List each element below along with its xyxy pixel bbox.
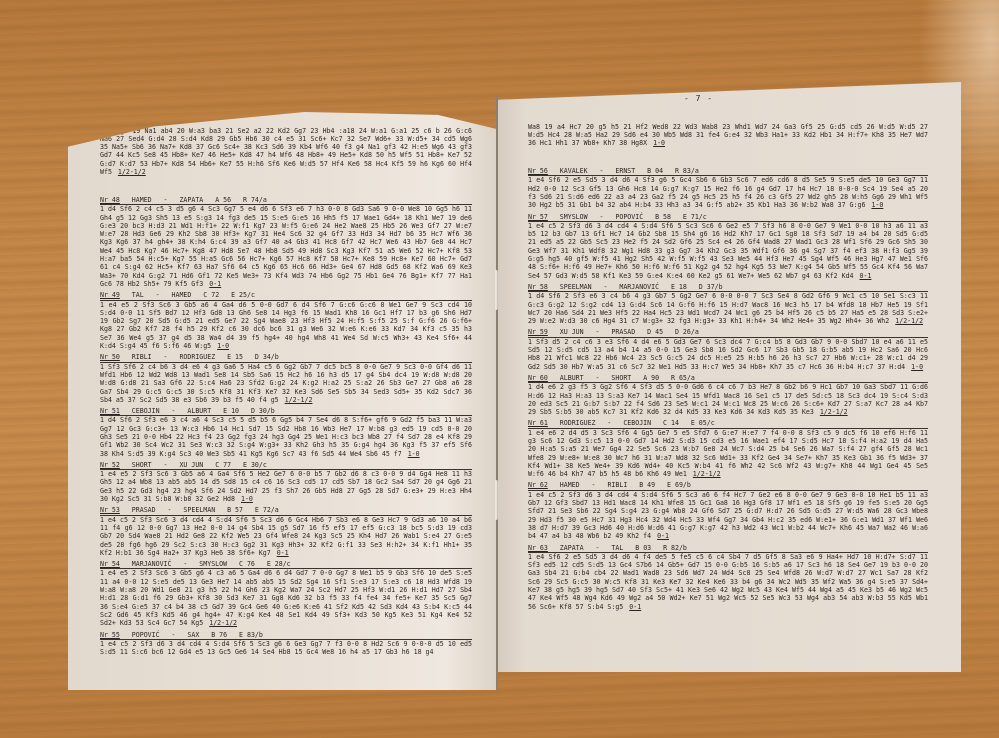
black-player: ALBURT — [187, 407, 211, 415]
black-player: SPEELMAN — [183, 506, 215, 514]
game-result: 0-1 — [209, 280, 221, 288]
game-entry: Nr 63 ZAPATA - TAL B 03 R 82/b1 e4 Sf6 2… — [528, 544, 928, 611]
game-header: Nr 59 XU JUN - PRASAD D 45 D 26/a — [528, 328, 928, 337]
white-player: KAVALEK — [560, 167, 588, 175]
eco-code: B 58 — [655, 213, 671, 221]
black-player: SMYSLOW — [199, 560, 227, 568]
game-header: Nr 51 CEBOJIN - ALBURT E 10 D 30/b — [100, 407, 472, 416]
continuation-moves: Bd4 Wg8 19 Na1 ab4 20 W:a3 ba3 21 Se2 a2… — [100, 127, 472, 177]
game-number: Nr 63 — [528, 544, 548, 552]
game-moves: 1 e4 c5 2 Sf3 d6 3 d4 cd4 4 S:d4 Sf6 5 S… — [100, 640, 472, 657]
white-player: TAL — [132, 291, 144, 299]
game-result: 1-0 — [653, 139, 665, 147]
right-page-text: Wa8 19 a4 Hc7 20 g5 h5 21 Hf2 Wed8 22 Wd… — [528, 106, 928, 628]
classification-code: D 37/b — [699, 283, 723, 291]
white-player: HAMED — [132, 196, 152, 204]
white-player: HAMED — [560, 481, 580, 489]
white-player: CEBOJIN — [132, 407, 160, 415]
game-number: Nr 58 — [528, 283, 548, 291]
white-player: SMYSLOW — [560, 213, 588, 221]
eco-code: A 90 — [643, 374, 659, 382]
black-player: ZAPATA — [179, 196, 203, 204]
game-number: Nr 56 — [528, 167, 548, 175]
game-entry: Nr 60 ALBURT - SHORT A 90 R 65/a1 d4 e6 … — [528, 374, 928, 416]
game-number: Nr 53 — [100, 506, 120, 514]
classification-code: E 28/c — [267, 560, 291, 568]
game-entry: Nr 53 PRASAD - SPEELMAN B 57 E 72/a1 e4 … — [100, 506, 472, 557]
game-number: Nr 52 — [100, 461, 120, 469]
game-result: 1/2-1/2 — [209, 619, 237, 627]
game-header: Nr 55 POPOVIĆ - SAX B 76 E 83/b — [100, 631, 472, 640]
black-player: SAX — [187, 631, 199, 639]
game-moves: 1 e4 e5 2 Sf3 Sc6 3 Gb5 a6 4 Ga4 Sf6 5 H… — [100, 470, 472, 503]
game-number: Nr 51 — [100, 407, 120, 415]
game-header: Nr 61 RODRIGUEZ - CEBOJIN C 14 E 05/c — [528, 419, 928, 428]
game-header: Nr 58 SPEELMAN - MARJANOVIĆ E 18 D 37/b — [528, 283, 928, 292]
game-moves: 1 e4 c5 2 Sf3 Sc6 3 d4 cd4 4 S:d4 Sf6 5 … — [100, 516, 472, 557]
game-result: 1-0 — [871, 201, 883, 209]
game-result: 1-0 — [217, 342, 229, 350]
game-moves: 1 e4 e5 2 Sf3 Sc6 3 Gb5 a6 4 Ga4 d6 5 0-… — [100, 301, 472, 351]
game-entry: Nr 55 POPOVIĆ - SAX B 76 E 83/b1 e4 c5 2… — [100, 631, 472, 657]
game-number: Nr 59 — [528, 328, 548, 336]
eco-code: B 57 — [227, 506, 243, 514]
booklet-spine — [496, 95, 498, 690]
white-player: SPEELMAN — [560, 283, 592, 291]
eco-code: E 10 — [223, 407, 239, 415]
classification-code: R 65/a — [671, 374, 695, 382]
game-entry: Nr 54 MARJANOVIĆ - SMYSLOW C 76 E 28/c1 … — [100, 560, 472, 627]
game-result: 0-1 — [277, 549, 289, 557]
game-moves: 1 e4 Sf6 2 e5 Sd5 3 d4 d6 4 Sf3 g6 5 Gc4… — [528, 176, 928, 209]
game-number: Nr 48 — [100, 196, 120, 204]
classification-code: R 74/a — [243, 196, 267, 204]
classification-code: E 25/c — [231, 291, 255, 299]
game-header: Nr 62 HAMED - RIBLI B 49 E 69/b — [528, 481, 928, 490]
game-header: Nr 50 RIBLI - RODRIGUEZ E 15 D 34/b — [100, 353, 472, 362]
white-player: MARJANOVIĆ — [132, 560, 172, 568]
black-player: XU JUN — [179, 461, 203, 469]
game-moves: 1 e4 c5 2 Sf3 d6 3 d4 cd4 4 S:d4 Sf6 5 S… — [528, 491, 928, 541]
white-player: PRASAD — [132, 506, 156, 514]
game-header: Nr 57 SMYSLOW - POPOVIĆ B 58 E 71/c — [528, 213, 928, 222]
game-number: Nr 62 — [528, 481, 548, 489]
game-entry: Nr 57 SMYSLOW - POPOVIĆ B 58 E 71/c1 e4 … — [528, 213, 928, 280]
game-entry: Nr 56 KAVALEK - ERNST B 04 R 83/a1 e4 Sf… — [528, 167, 928, 209]
classification-code: E 69/b — [667, 481, 691, 489]
game-header: Nr 48 HAMED - ZAPATA A 56 R 74/a — [100, 196, 472, 205]
black-player: RODRIGUEZ — [179, 353, 215, 361]
eco-code: B 04 — [647, 167, 663, 175]
game-entry: Nr 48 HAMED - ZAPATA A 56 R 74/a1 d4 Sf6… — [100, 196, 472, 288]
game-entry: Nr 49 TAL - HAMED C 72 E 25/c1 e4 e5 2 S… — [100, 291, 472, 350]
game-moves: 1 d4 Sf6 2 Sf3 e6 3 c4 b6 4 g3 Gb7 5 Gg2… — [528, 292, 928, 325]
white-player: XU JUN — [560, 328, 584, 336]
game-result: 0-1 — [629, 603, 641, 611]
game-result: 1/2-1/2 — [285, 396, 313, 404]
black-player: RIBLI — [607, 481, 627, 489]
game-header: Nr 52 SHORT - XU JUN C 77 E 30/c — [100, 461, 472, 470]
game-entry: Nr 59 XU JUN - PRASAD D 45 D 26/a1 Sf3 d… — [528, 328, 928, 370]
left-page-text: Bd4 Wg8 19 Na1 ab4 20 W:a3 ba3 21 Se2 a2… — [100, 112, 472, 673]
black-player: HAMED — [172, 291, 192, 299]
continuation-moves: Wa8 19 a4 Hc7 20 g5 h5 21 Hf2 Wed8 22 Wd… — [528, 123, 928, 148]
game-moves: 1 Sf3 d5 2 c4 c6 3 e3 Sf6 4 d4 e6 5 Gd3 … — [528, 338, 928, 371]
white-player: RIBLI — [132, 353, 152, 361]
game-header: Nr 49 TAL - HAMED C 72 E 25/c — [100, 291, 472, 300]
eco-code: B 03 — [635, 544, 651, 552]
game-result: 1/2-1/2 — [693, 470, 721, 478]
classification-code: R 82/b — [663, 544, 687, 552]
white-player: ALBURT — [560, 374, 584, 382]
eco-code: D 45 — [647, 328, 663, 336]
game-entry: Nr 58 SPEELMAN - MARJANOVIĆ E 18 D 37/b1… — [528, 283, 928, 325]
game-result: 1/2-1/2 — [118, 168, 146, 176]
game-entry: Nr 51 CEBOJIN - ALBURT E 10 D 30/b1 d4 S… — [100, 407, 472, 458]
game-number: Nr 60 — [528, 374, 548, 382]
game-result: 0-1 — [657, 532, 669, 540]
classification-code: E 71/c — [683, 213, 707, 221]
classification-code: E 83/b — [239, 631, 263, 639]
white-player: ZAPATA — [560, 544, 584, 552]
eco-code: B 49 — [639, 481, 655, 489]
game-header: Nr 56 KAVALEK - ERNST B 04 R 83/a — [528, 167, 928, 176]
game-number: Nr 61 — [528, 419, 548, 427]
game-number: Nr 57 — [528, 213, 548, 221]
game-result: 1/2-1/2 — [820, 408, 848, 416]
eco-code: A 56 — [215, 196, 231, 204]
game-entry: Nr 62 HAMED - RIBLI B 49 E 69/b1 e4 c5 2… — [528, 481, 928, 540]
black-player: SHORT — [611, 374, 631, 382]
game-header: Nr 53 PRASAD - SPEELMAN B 57 E 72/a — [100, 506, 472, 515]
game-moves: 1 d4 Sf6 2 Sf3 e6 3 c4 a6 4 Sc3 c5 5 d5 … — [100, 416, 472, 457]
game-moves: 1 e4 e5 2 Sf3 Sc6 3 Gb5 g6 4 c3 a6 5 Ga4… — [100, 569, 472, 627]
game-entry: Nr 50 RIBLI - RODRIGUEZ E 15 D 34/b1 Sf3… — [100, 353, 472, 404]
classification-code: R 83/a — [675, 167, 699, 175]
black-player: ERNST — [615, 167, 635, 175]
game-moves: 1 d4 Sf6 2 c4 c5 3 d5 g6 4 Sc3 Gg7 5 e4 … — [100, 205, 472, 288]
classification-code: E 05/c — [691, 419, 715, 427]
black-player: MARJANOVIĆ — [619, 283, 659, 291]
black-player: CEBOJIN — [623, 419, 651, 427]
page-number-7: - 7 - — [684, 94, 713, 103]
eco-code: C 72 — [203, 291, 219, 299]
game-moves: 1 e4 c5 2 Sf3 d6 3 d4 cd4 4 S:d4 Sf6 5 S… — [528, 222, 928, 280]
eco-code: B 76 — [211, 631, 227, 639]
game-result: 1/2-1/2 — [895, 317, 923, 325]
black-player: POPOVIĆ — [615, 213, 643, 221]
game-number: Nr 54 — [100, 560, 120, 568]
white-player: POPOVIĆ — [132, 631, 160, 639]
game-result: 0-1 — [860, 272, 872, 280]
black-player: TAL — [611, 544, 623, 552]
eco-code: C 77 — [215, 461, 231, 469]
eco-code: E 18 — [671, 283, 687, 291]
game-result: 1-0 — [241, 495, 253, 503]
classification-code: D 34/b — [255, 353, 279, 361]
game-result: 1-0 — [408, 450, 420, 458]
game-header: Nr 54 MARJANOVIĆ - SMYSLOW C 76 E 28/c — [100, 560, 472, 569]
white-player: SHORT — [132, 461, 152, 469]
game-entry: Nr 52 SHORT - XU JUN C 77 E 30/c1 e4 e5 … — [100, 461, 472, 503]
eco-code: E 15 — [227, 353, 243, 361]
classification-code: E 72/a — [255, 506, 279, 514]
staple-top — [494, 270, 498, 310]
game-moves: 1 Sf3 Sf6 2 c4 b6 3 d4 e6 4 g3 Ga6 5 Ha4… — [100, 363, 472, 404]
game-header: Nr 60 ALBURT - SHORT A 90 R 65/a — [528, 374, 928, 383]
eco-code: C 76 — [239, 560, 255, 568]
game-number: Nr 55 — [100, 631, 120, 639]
white-player: RODRIGUEZ — [560, 419, 596, 427]
staple-bottom — [494, 480, 498, 520]
game-moves: 1 e4 Sf6 2 e5 Sd5 3 d4 d6 4 f4 de5 5 fe5… — [528, 553, 928, 611]
classification-code: D 26/a — [675, 328, 699, 336]
right-page: - 7 - Wa8 19 a4 Hc7 20 g5 h5 21 Hf2 Wed8… — [498, 82, 961, 672]
game-entry: Nr 61 RODRIGUEZ - CEBOJIN C 14 E 05/c1 e… — [528, 419, 928, 478]
black-player: PRASAD — [611, 328, 635, 336]
game-number: Nr 49 — [100, 291, 120, 299]
game-result: 1-0 — [911, 363, 923, 371]
classification-code: E 30/c — [243, 461, 267, 469]
game-number: Nr 50 — [100, 353, 120, 361]
eco-code: C 14 — [663, 419, 679, 427]
game-moves: 1 d4 e6 2 g3 f5 3 Gg2 Sf6 4 Sf3 d5 5 0-0… — [528, 383, 928, 416]
game-header: Nr 63 ZAPATA - TAL B 03 R 82/b — [528, 544, 928, 553]
classification-code: D 30/b — [251, 407, 275, 415]
left-page: - 6 - Bd4 Wg8 19 Na1 ab4 20 W:a3 ba3 21 … — [68, 112, 498, 690]
game-moves: 1 e4 e6 2 d4 d5 3 Sc3 Sf6 4 Gg5 Ge7 5 e5… — [528, 429, 928, 479]
